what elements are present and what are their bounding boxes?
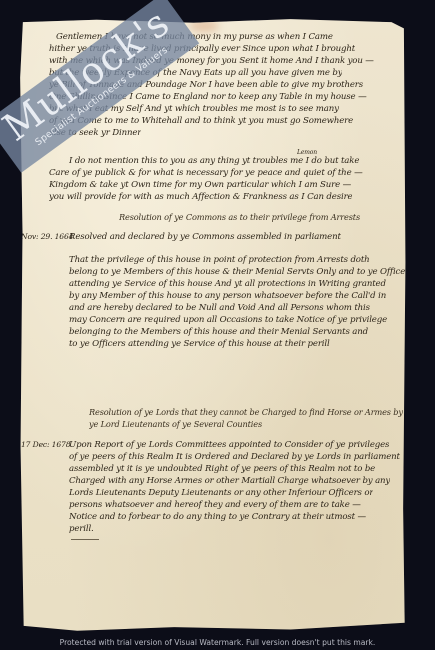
resolution-line: Notice and to forbear to do any thing to… (69, 511, 366, 524)
resolution-opening: Resolved and declared by ye Commons asse… (69, 231, 341, 244)
resolution-line: to ye Officers attending ye Service of t… (69, 338, 330, 351)
resolution-line: perill. (69, 523, 94, 536)
letter-line: else to seek yr Dinner (49, 127, 141, 140)
flourish-underline (71, 539, 99, 540)
software-watermark-notice: Protected with trial version of Visual W… (0, 638, 435, 647)
manuscript-text: Gentlemen I have not so much mony in my … (19, 16, 407, 632)
letter-line: you will provide for with as much Affect… (49, 191, 352, 204)
resolution-heading-lords: ye Lord Lieutenants of ye Several Counti… (89, 418, 262, 431)
resolution-heading-commons: Resolution of ye Commons as to their pri… (119, 211, 360, 224)
margin-date: 17 Dec: 1678 (21, 439, 70, 452)
margin-date: Nov: 29. 1664 (21, 231, 73, 244)
manuscript-page: Gentlemen I have not so much mony in my … (19, 16, 407, 632)
